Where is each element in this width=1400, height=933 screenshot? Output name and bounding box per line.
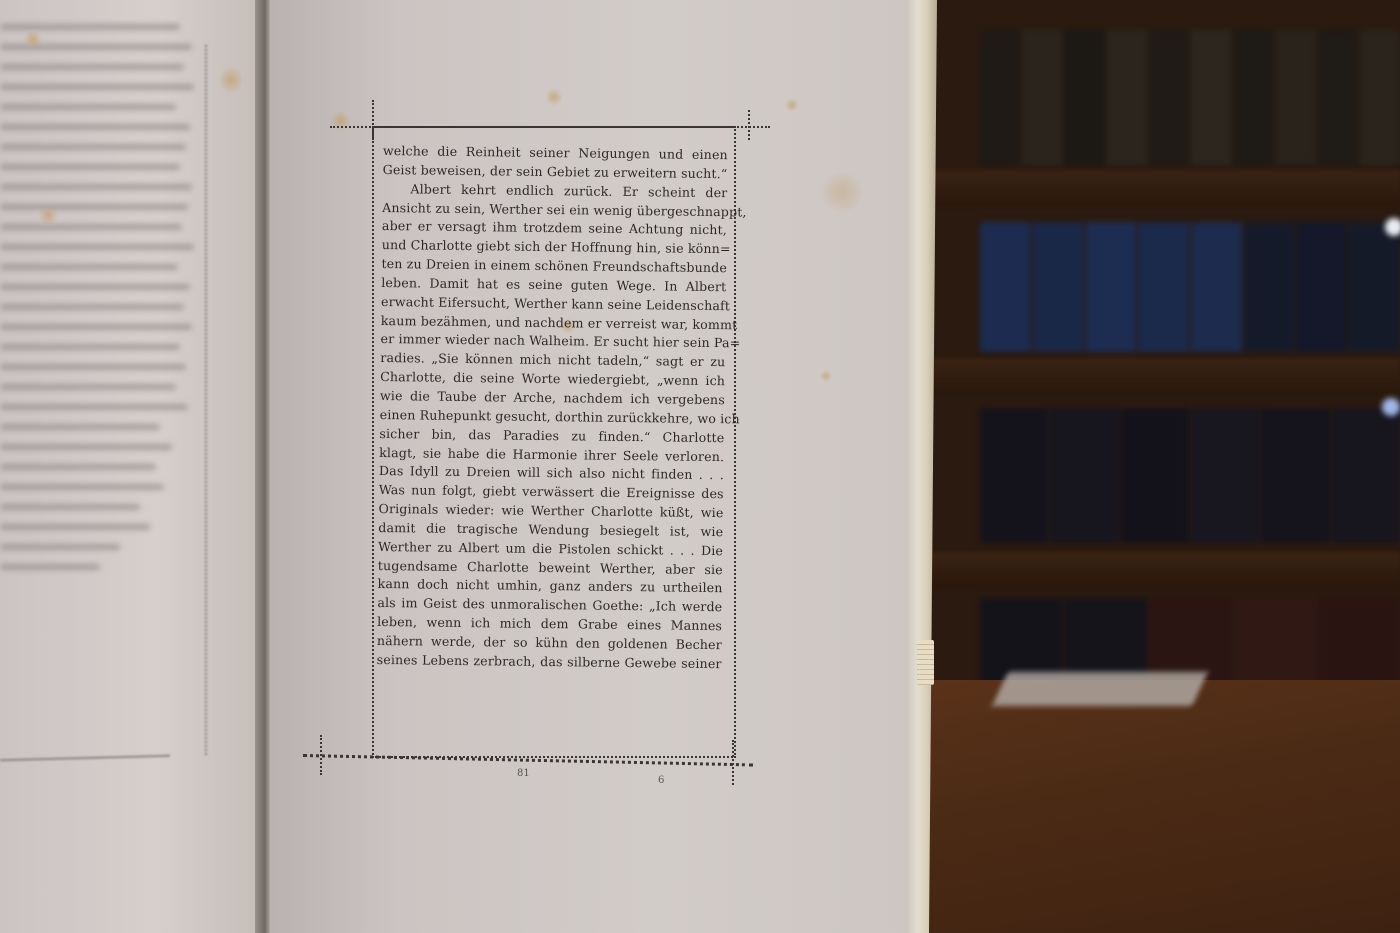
left-page-blurred-text [0,10,200,750]
bookshelf-background [930,0,1400,700]
left-page-bottom-rule [0,755,170,761]
wooden-desk [915,680,1400,933]
page-number: 81 [517,768,530,779]
foxing-stain [820,370,832,382]
frame-corner-rule [372,100,374,140]
shelf-board [930,552,1400,588]
light-reflection [1385,218,1400,236]
foxing-stain [785,98,799,112]
shelf-board [930,358,1400,394]
signature-mark: 6 [658,775,664,786]
frame-corner-rule [320,735,322,775]
foxing-stain [38,205,58,225]
foxing-stain [820,170,864,214]
left-page [0,0,262,933]
shelf-board [930,170,1400,206]
frame-corner-rule [748,110,750,140]
foxing-stain [220,65,242,95]
book-row-blue [980,222,1400,352]
book-row-dark [980,408,1400,543]
frame-corner-rule [330,126,770,128]
light-reflection [1382,398,1400,416]
left-page-border-rule [205,45,207,755]
frame-corner-rule [732,740,734,785]
book-row-top [980,30,1400,165]
foxing-stain [24,30,42,48]
foxing-stain [545,88,563,106]
page-body-text: welche die Reinheit seiner Neigungen und… [377,142,728,674]
paper-on-desk [992,672,1208,706]
page-tab-marker [917,640,934,685]
